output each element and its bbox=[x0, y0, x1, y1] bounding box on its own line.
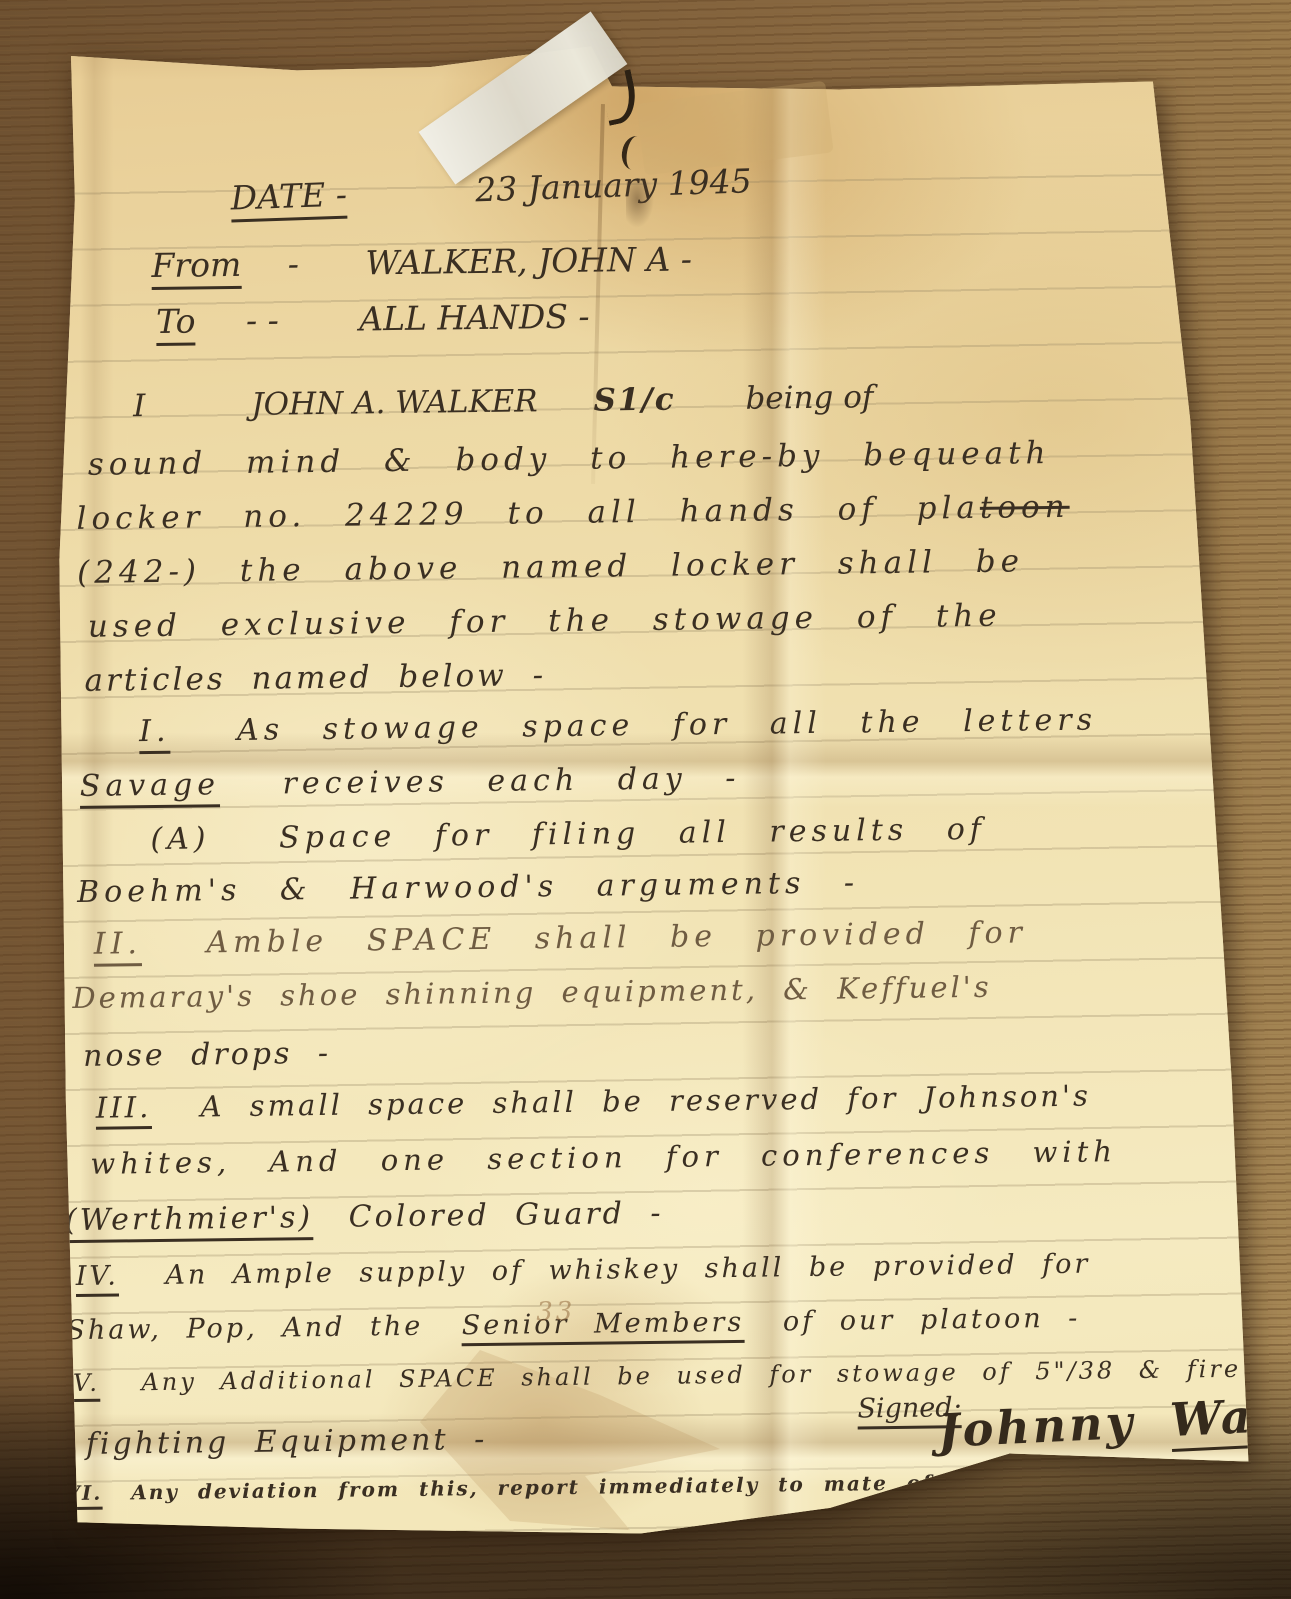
from-line: From - WALKER, JOHN A - bbox=[151, 239, 692, 285]
item-4-line-1-text: An Ample supply of whiskey shall be prov… bbox=[165, 1249, 1090, 1291]
from-label: From bbox=[151, 245, 241, 290]
item-2-line-2: Demaray's shoe shinning equipment, & Kef… bbox=[72, 970, 992, 1015]
item-5-line-1: V. Any Additional SPACE shall be used fo… bbox=[73, 1355, 1241, 1397]
from-separator: - bbox=[288, 244, 300, 283]
item-2-line-3: nose drops - bbox=[83, 1036, 331, 1074]
to-label: To bbox=[156, 301, 196, 345]
opening-line-1: I JOHN A. WALKER S1/c being of bbox=[133, 379, 874, 424]
opening-line-6: articles named below - bbox=[84, 657, 546, 699]
signature-last-name: Walker bbox=[1169, 1384, 1291, 1452]
item-4-line-2-end: of our platoon - bbox=[783, 1303, 1081, 1338]
item-3-line-1-text: A small space shall be reserved for John… bbox=[200, 1079, 1091, 1124]
to-value: ALL HANDS - bbox=[359, 297, 590, 339]
opening-pronoun: I bbox=[133, 388, 146, 424]
item-a-line-2: Boehm's & Harwood's arguments - bbox=[77, 865, 859, 910]
item-2-numeral: II. bbox=[94, 926, 143, 967]
struck-word: toon bbox=[980, 489, 1070, 526]
opening-line-2: sound mind & body to here-by bequeath bbox=[88, 435, 1051, 483]
opening-line-5-text: used exclusive for the stowage of the bbox=[88, 598, 1002, 645]
item-2-line-1: II. Amble SPACE shall be provided for bbox=[94, 915, 1028, 961]
signature: Johnny Walker bbox=[937, 1384, 1291, 1458]
photo-of-handwritten-letter: DATE - 23 January 1945 From - WALKER, JO… bbox=[0, 0, 1291, 1599]
item-a-line-2-text: Boehm's & Harwood's arguments - bbox=[77, 865, 859, 910]
item-2-line-3-text: nose drops - bbox=[83, 1036, 331, 1074]
letter-paper: DATE - 23 January 1945 From - WALKER, JO… bbox=[0, 0, 1291, 1599]
item-3-line-2: whites, And one section for conferences … bbox=[90, 1134, 1117, 1181]
pencil-note: 33 bbox=[536, 1297, 575, 1327]
to-separator: - - bbox=[246, 300, 279, 339]
handwriting-layer: DATE - 23 January 1945 From - WALKER, JO… bbox=[0, 0, 1291, 1599]
from-value: WALKER, JOHN A - bbox=[365, 239, 692, 282]
item-a-marker: (A) bbox=[150, 821, 211, 857]
item-1-line-2-text: receives each day - bbox=[282, 761, 740, 802]
item-4-underlined-phrase: Senior Members bbox=[462, 1307, 745, 1346]
item-2-line-2-text: Demaray's shoe shinning equipment, & Kef… bbox=[72, 970, 992, 1015]
opening-line-4: (242-) the above named locker shall be bbox=[77, 543, 1024, 591]
testator-name: JOHN A. WALKER bbox=[251, 383, 538, 422]
item-1-line-1-text: As stowage space for all the letters bbox=[237, 702, 1097, 748]
opening-line-3-text: locker no. 24229 to all hands of pla bbox=[76, 490, 980, 537]
opening-line-4-text: (242-) the above named locker shall be bbox=[77, 543, 1024, 591]
date-value: 23 January 1945 bbox=[475, 161, 753, 209]
item-1-line-2: Savage receives each day - bbox=[80, 761, 741, 804]
item-4-numeral: IV. bbox=[76, 1260, 119, 1297]
item-4-line-2-start: Shaw, Pop, And the bbox=[66, 1311, 423, 1346]
item-3-line-1: III. A small space shall be reserved for… bbox=[96, 1079, 1092, 1125]
signature-first-name: Johnny bbox=[937, 1395, 1137, 1458]
to-line: To - - ALL HANDS - bbox=[156, 297, 590, 341]
opening-tail: being of bbox=[745, 379, 873, 417]
item-6-line-text: Any deviation from this, report immediat… bbox=[131, 1469, 1051, 1504]
item-3-line-2-text: whites, And one section for conferences … bbox=[90, 1134, 1117, 1181]
opening-line-2-text: sound mind & body to here-by bequeath bbox=[88, 435, 1051, 483]
item-a-line-1: (A) Space for filing all results of bbox=[150, 812, 986, 857]
navy-rank: S1/c bbox=[593, 382, 676, 419]
item-1-line-1: I. As stowage space for all the letters bbox=[139, 702, 1097, 749]
item-5-line-2-text: fighting Equipment - bbox=[86, 1422, 488, 1462]
item-1-numeral: I. bbox=[139, 714, 171, 754]
item-4-line-1: IV. An Ample supply of whiskey shall be … bbox=[76, 1249, 1091, 1292]
item-5-numeral: V. bbox=[73, 1369, 100, 1402]
item-a-line-1-text: Space for filing all results of bbox=[279, 812, 986, 856]
item-5-line-1-text: Any Additional SPACE shall be used for s… bbox=[141, 1355, 1241, 1396]
opening-line-5: used exclusive for the stowage of the bbox=[88, 598, 1002, 645]
item-2-line-1-text: Amble SPACE shall be provided for bbox=[206, 915, 1027, 960]
torn-spot-smudge bbox=[626, 180, 654, 228]
date-label: DATE - bbox=[230, 175, 348, 223]
paper-shadow: DATE - 23 January 1945 From - WALKER, JO… bbox=[0, 0, 1291, 1599]
item-3-underlined-name: (Werthmier's) bbox=[65, 1200, 314, 1243]
opening-line-3: locker no. 24229 to all hands of platoon bbox=[76, 489, 1070, 537]
item-6-line: VI. Any deviation from this, report imme… bbox=[64, 1469, 1051, 1505]
item-3-line-3: (Werthmier's) Colored Guard - bbox=[65, 1196, 664, 1238]
item-3-numeral: III. bbox=[96, 1090, 152, 1130]
item-3-line-3-text: Colored Guard - bbox=[348, 1196, 663, 1235]
item-5-line-2: fighting Equipment - bbox=[86, 1422, 488, 1462]
item-6-numeral: VI. bbox=[64, 1481, 102, 1510]
opening-line-6-text: articles named below - bbox=[84, 657, 546, 699]
item-1-underlined-name: Savage bbox=[80, 767, 221, 809]
